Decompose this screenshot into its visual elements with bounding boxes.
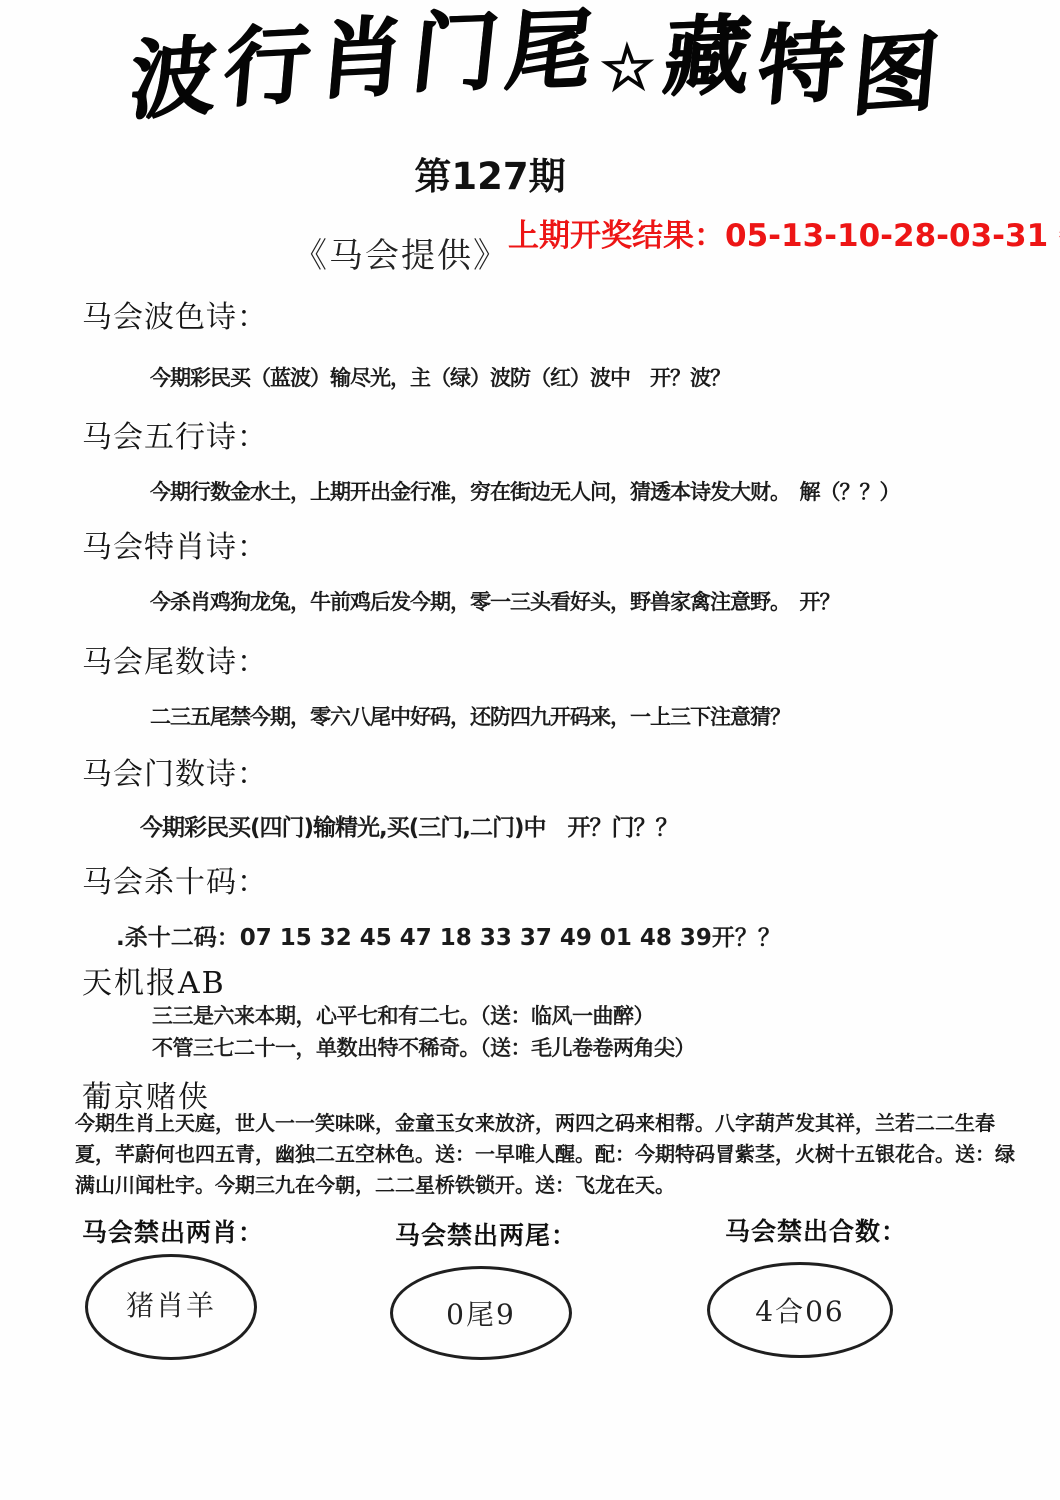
title-char: 特 — [753, 13, 848, 117]
section-heading-weishu: 马会尾数诗： — [82, 637, 268, 681]
section-poem-bose: 今期彩民买（蓝波）输尽光，主（绿）波防（红）波中 开？波？ — [150, 362, 730, 392]
title-char: 尾 — [501, 0, 597, 102]
title-char: 波 — [126, 27, 221, 133]
tianji-line-1: 三三是六来本期，心平七和有二七。（送：临风一曲醉） — [152, 1000, 654, 1030]
section-kill-numbers: .杀十二码：07 15 32 45 47 18 33 37 49 01 48 3… — [116, 919, 781, 952]
tianji-line-2: 不管三七二十一，单数出特不稀奇。（送：毛儿卷卷两角尖） — [152, 1032, 695, 1062]
section-poem-menshu: 今期彩民买(四门)输精光,买(三门,二门)中 开？门？？ — [140, 809, 678, 842]
ban-value-sum: 4合06 — [755, 1290, 844, 1330]
ban-heading-tail: 马会禁出两尾： — [395, 1216, 577, 1252]
ban-value-zodiac: 猪肖羊 — [126, 1284, 216, 1324]
last-draw-result: 上期开奖结果：05-13-10-28-03-31 特02 — [508, 210, 1060, 255]
tip-sheet-page: 波行肖门尾☆藏特图 第127期 上期开奖结果：05-13-10-28-03-31… — [0, 0, 1060, 1500]
section-heading-tianji: 天机报AB — [82, 958, 226, 1002]
section-heading-wuxing: 马会五行诗： — [82, 412, 268, 456]
ban-heading-zodiac: 马会禁出两肖： — [82, 1213, 264, 1249]
section-poem-weishu: 二三五尾禁今期，零六八尾中好码，还防四九开码来，一上三下注意猜？ — [150, 701, 790, 731]
title-char: 门 — [407, 2, 503, 104]
section-heading-texiao: 马会特肖诗： — [82, 522, 268, 566]
title-char: 藏 — [658, 6, 754, 108]
ban-circle-tail: 0尾9 — [390, 1266, 572, 1360]
section-heading-shashima: 马会杀十码： — [82, 857, 268, 901]
issue-number: 第127期 — [130, 146, 850, 200]
masthead-title: 波行肖门尾☆藏特图 — [126, 0, 936, 150]
section-poem-texiao: 今杀肖鸡狗龙兔，牛前鸡后发今期，零一三头看好头，野兽家禽注意野。 开？ — [150, 586, 840, 616]
provider-label: 《马会提供》 — [293, 228, 509, 277]
ban-circle-zodiac: 猪肖羊 — [85, 1254, 257, 1360]
section-poem-wuxing: 今期行数金水土，上期开出金行准，穷在街边无人问，猜透本诗发大财。 解（？？） — [150, 476, 900, 506]
pujing-paragraph: 今期生肖上天庭，世人一一笑味咪，金童玉女来放济，两四之码来相帮。八字葫芦发其祥，… — [75, 1108, 1015, 1201]
ban-heading-sum: 马会禁出合数： — [725, 1212, 907, 1248]
ban-circle-sum: 4合06 — [707, 1262, 893, 1358]
section-heading-menshu: 马会门数诗： — [82, 749, 268, 793]
title-char: 行 — [220, 15, 315, 119]
title-char: 肖 — [314, 7, 409, 111]
title-char: 图 — [847, 23, 942, 129]
star-icon: ☆ — [599, 31, 657, 104]
ban-value-tail: 0尾9 — [446, 1293, 516, 1333]
section-heading-bose: 马会波色诗： — [82, 292, 268, 336]
